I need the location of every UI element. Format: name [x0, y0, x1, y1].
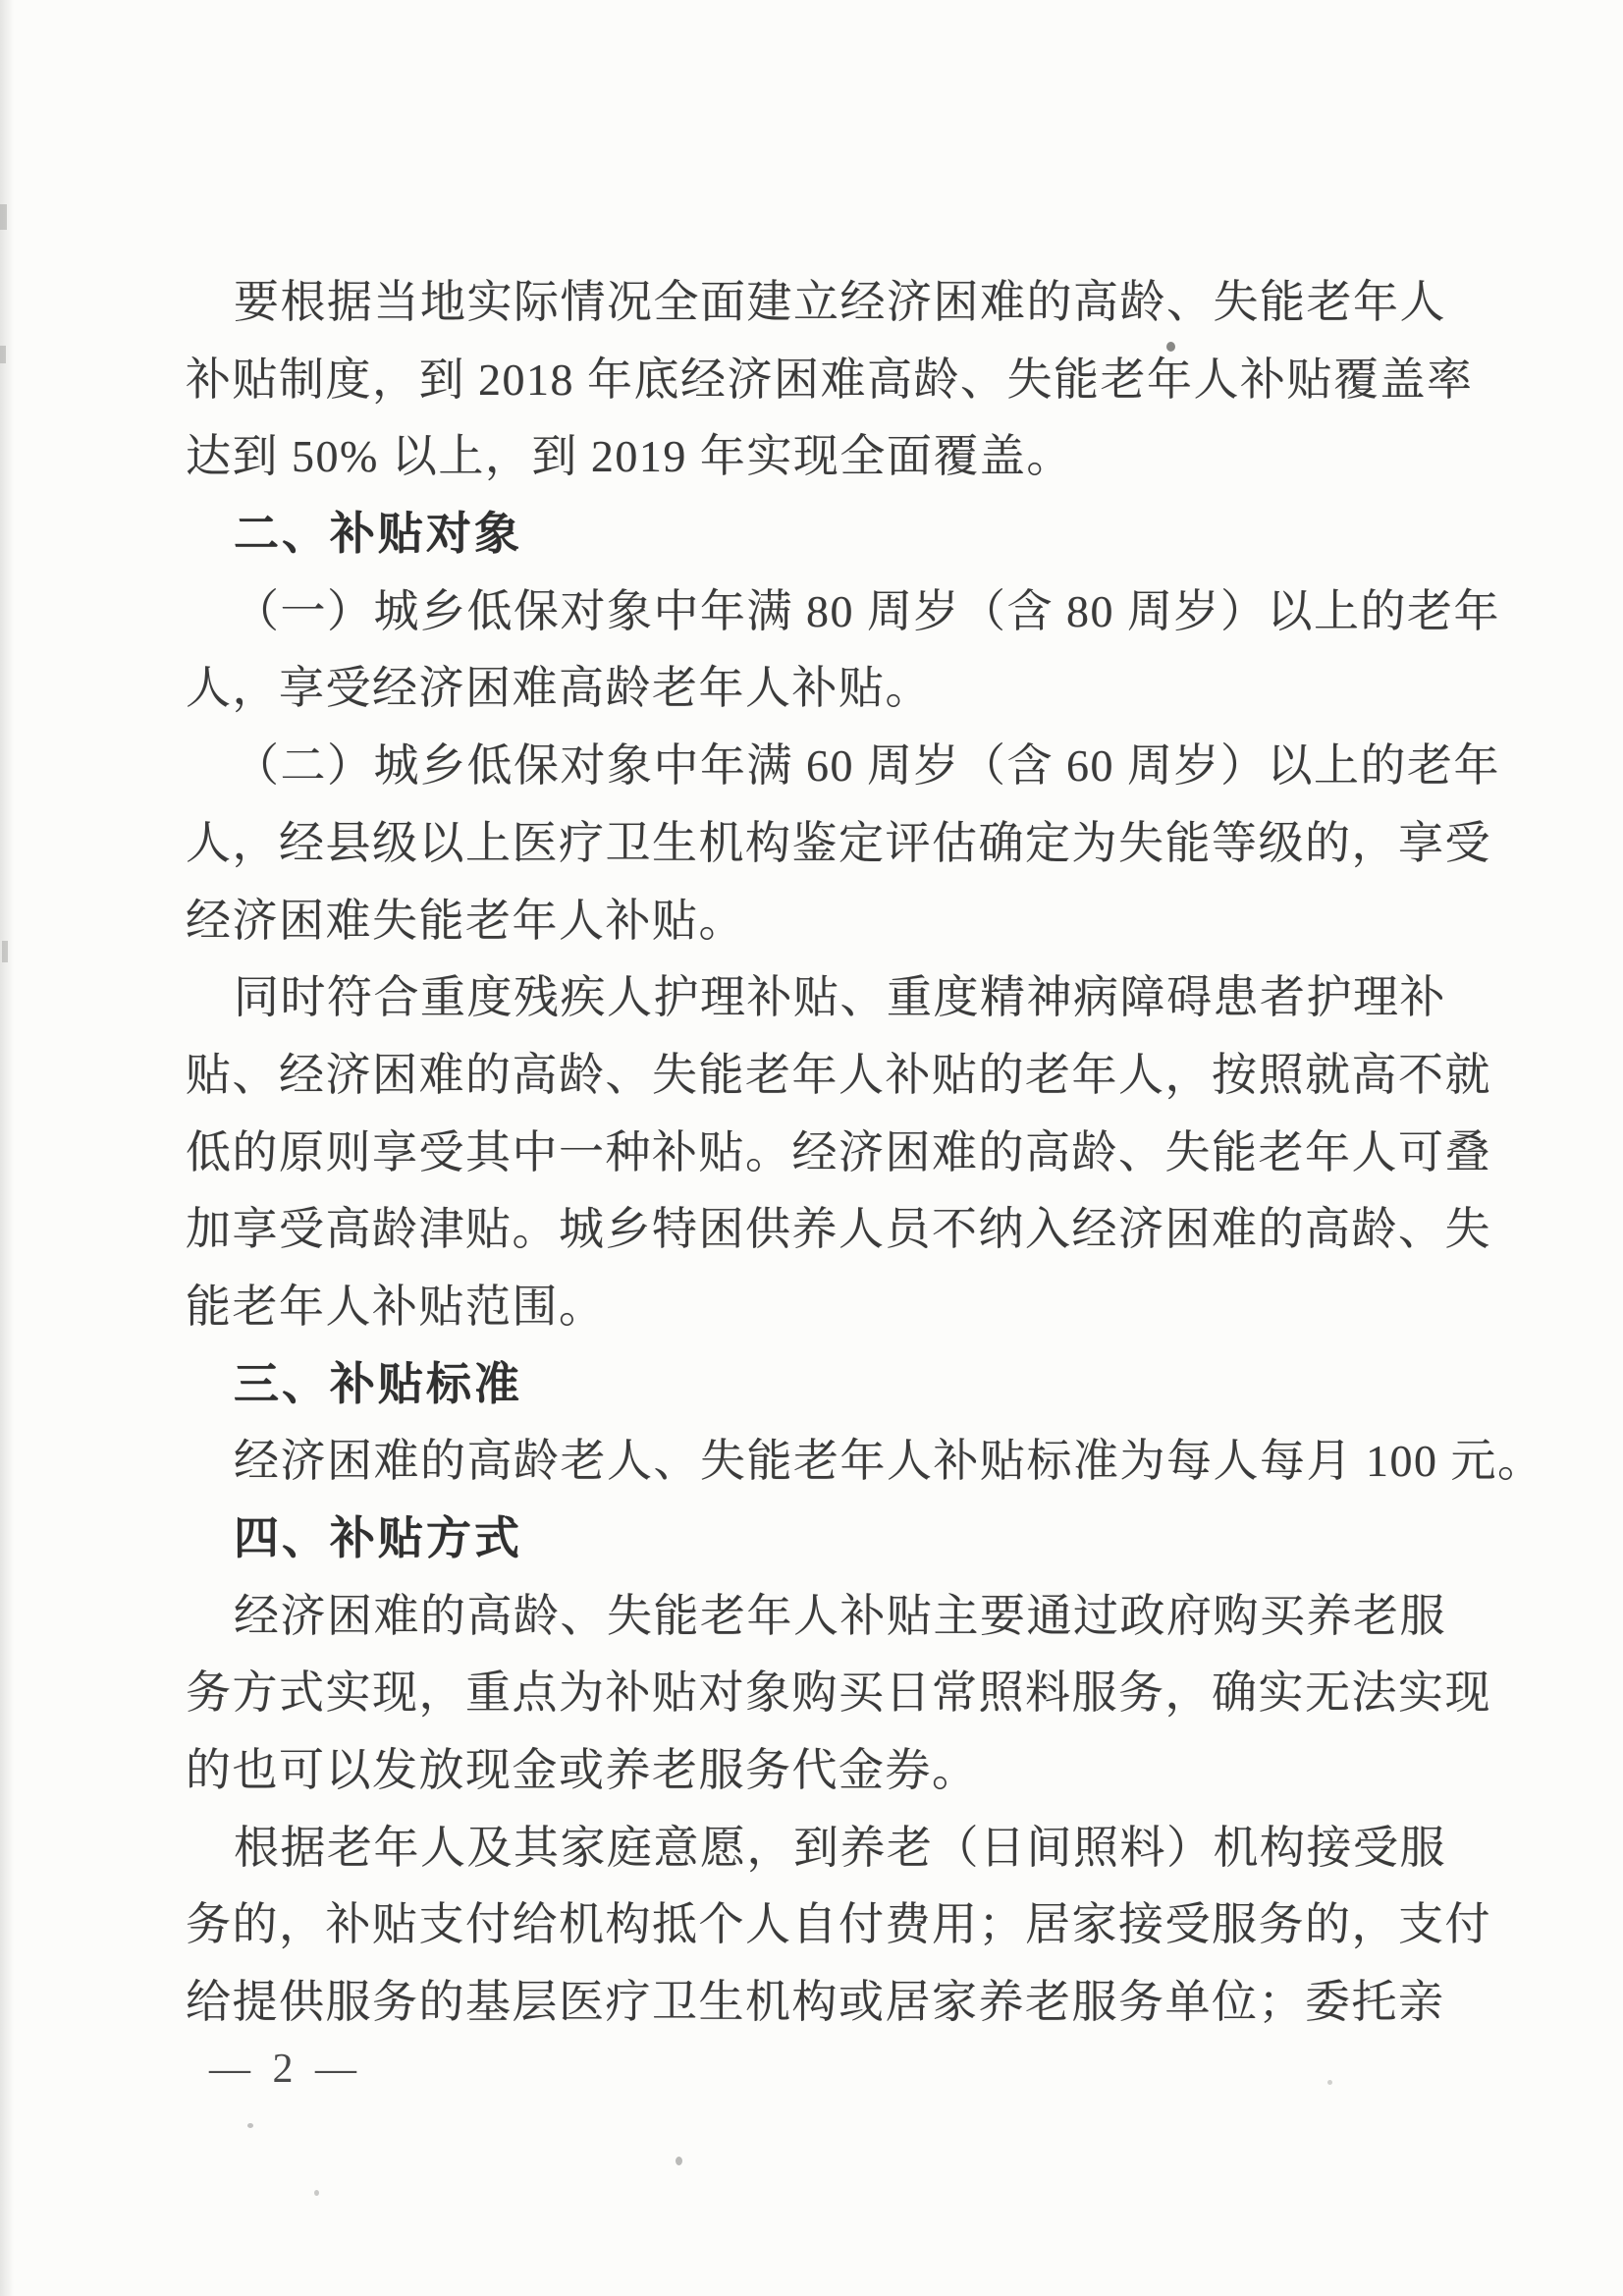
- section-heading-subsidy-standard: 三、补贴标准: [186, 1346, 1452, 1424]
- scan-artifact: [0, 204, 7, 230]
- paragraph-line: 贴、经济困难的高龄、失能老年人补贴的老年人，按照就高不就: [186, 1037, 1452, 1115]
- paragraph-line: 加享受高龄津贴。城乡特困供养人员不纳入经济困难的高龄、失: [186, 1191, 1452, 1269]
- paragraph-line: 低的原则享受其中一种补贴。经济困难的高龄、失能老年人可叠: [186, 1115, 1452, 1192]
- paragraph-line: 务的，补贴支付给机构抵个人自付费用；居家接受服务的，支付: [186, 1886, 1452, 1964]
- paragraph-line: 经济困难失能老年人补贴。: [186, 883, 1452, 960]
- paragraph-line: 人，经县级以上医疗卫生机构鉴定评估确定为失能等级的，享受: [186, 805, 1452, 883]
- paragraph-line: 经济困难的高龄老人、失能老年人补贴标准为每人每月 100 元。: [186, 1423, 1452, 1501]
- section-heading-subsidy-method: 四、补贴方式: [186, 1501, 1452, 1578]
- paragraph-line: 能老年人补贴范围。: [186, 1269, 1452, 1346]
- section-heading-subsidy-targets: 二、补贴对象: [186, 496, 1452, 574]
- paragraph-line: 根据老年人及其家庭意愿，到养老（日间照料）机构接受服: [186, 1810, 1452, 1887]
- document-body: 要根据当地实际情况全面建立经济困难的高龄、失能老年人 补贴制度，到 2018 年…: [186, 264, 1452, 2042]
- paragraph-line: （一）城乡低保对象中年满 80 周岁（含 80 周岁）以上的老年: [186, 574, 1452, 651]
- scanned-document-page: 要根据当地实际情况全面建立经济困难的高龄、失能老年人 补贴制度，到 2018 年…: [0, 0, 1623, 2296]
- scan-artifact: [1166, 342, 1175, 352]
- scan-artifact: [1327, 2080, 1332, 2085]
- paragraph-line: 补贴制度，到 2018 年底经济困难高龄、失能老年人补贴覆盖率: [186, 342, 1452, 419]
- scan-artifact: [314, 2190, 319, 2196]
- page-number: — 2 —: [209, 2045, 362, 2094]
- paragraph-line: （二）城乡低保对象中年满 60 周岁（含 60 周岁）以上的老年: [186, 728, 1452, 805]
- paragraph-line: 同时符合重度残疾人护理补贴、重度精神病障碍患者护理补: [186, 959, 1452, 1037]
- scan-artifact: [676, 2157, 682, 2165]
- paragraph-line: 经济困难的高龄、失能老年人补贴主要通过政府购买养老服: [186, 1578, 1452, 1656]
- paragraph-line: 给提供服务的基层医疗卫生机构或居家养老服务单位；委托亲: [186, 1964, 1452, 2042]
- paragraph-line: 人，享受经济困难高龄老年人补贴。: [186, 650, 1452, 728]
- scan-artifact: [2, 941, 8, 962]
- paragraph-line: 务方式实现，重点为补贴对象购买日常照料服务，确实无法实现: [186, 1655, 1452, 1732]
- paragraph-line: 的也可以发放现金或养老服务代金券。: [186, 1732, 1452, 1810]
- scan-artifact: [247, 2123, 253, 2128]
- paragraph-line: 要根据当地实际情况全面建立经济困难的高龄、失能老年人: [186, 264, 1452, 342]
- scan-artifact: [0, 346, 6, 363]
- paragraph-line: 达到 50% 以上，到 2019 年实现全面覆盖。: [186, 418, 1452, 496]
